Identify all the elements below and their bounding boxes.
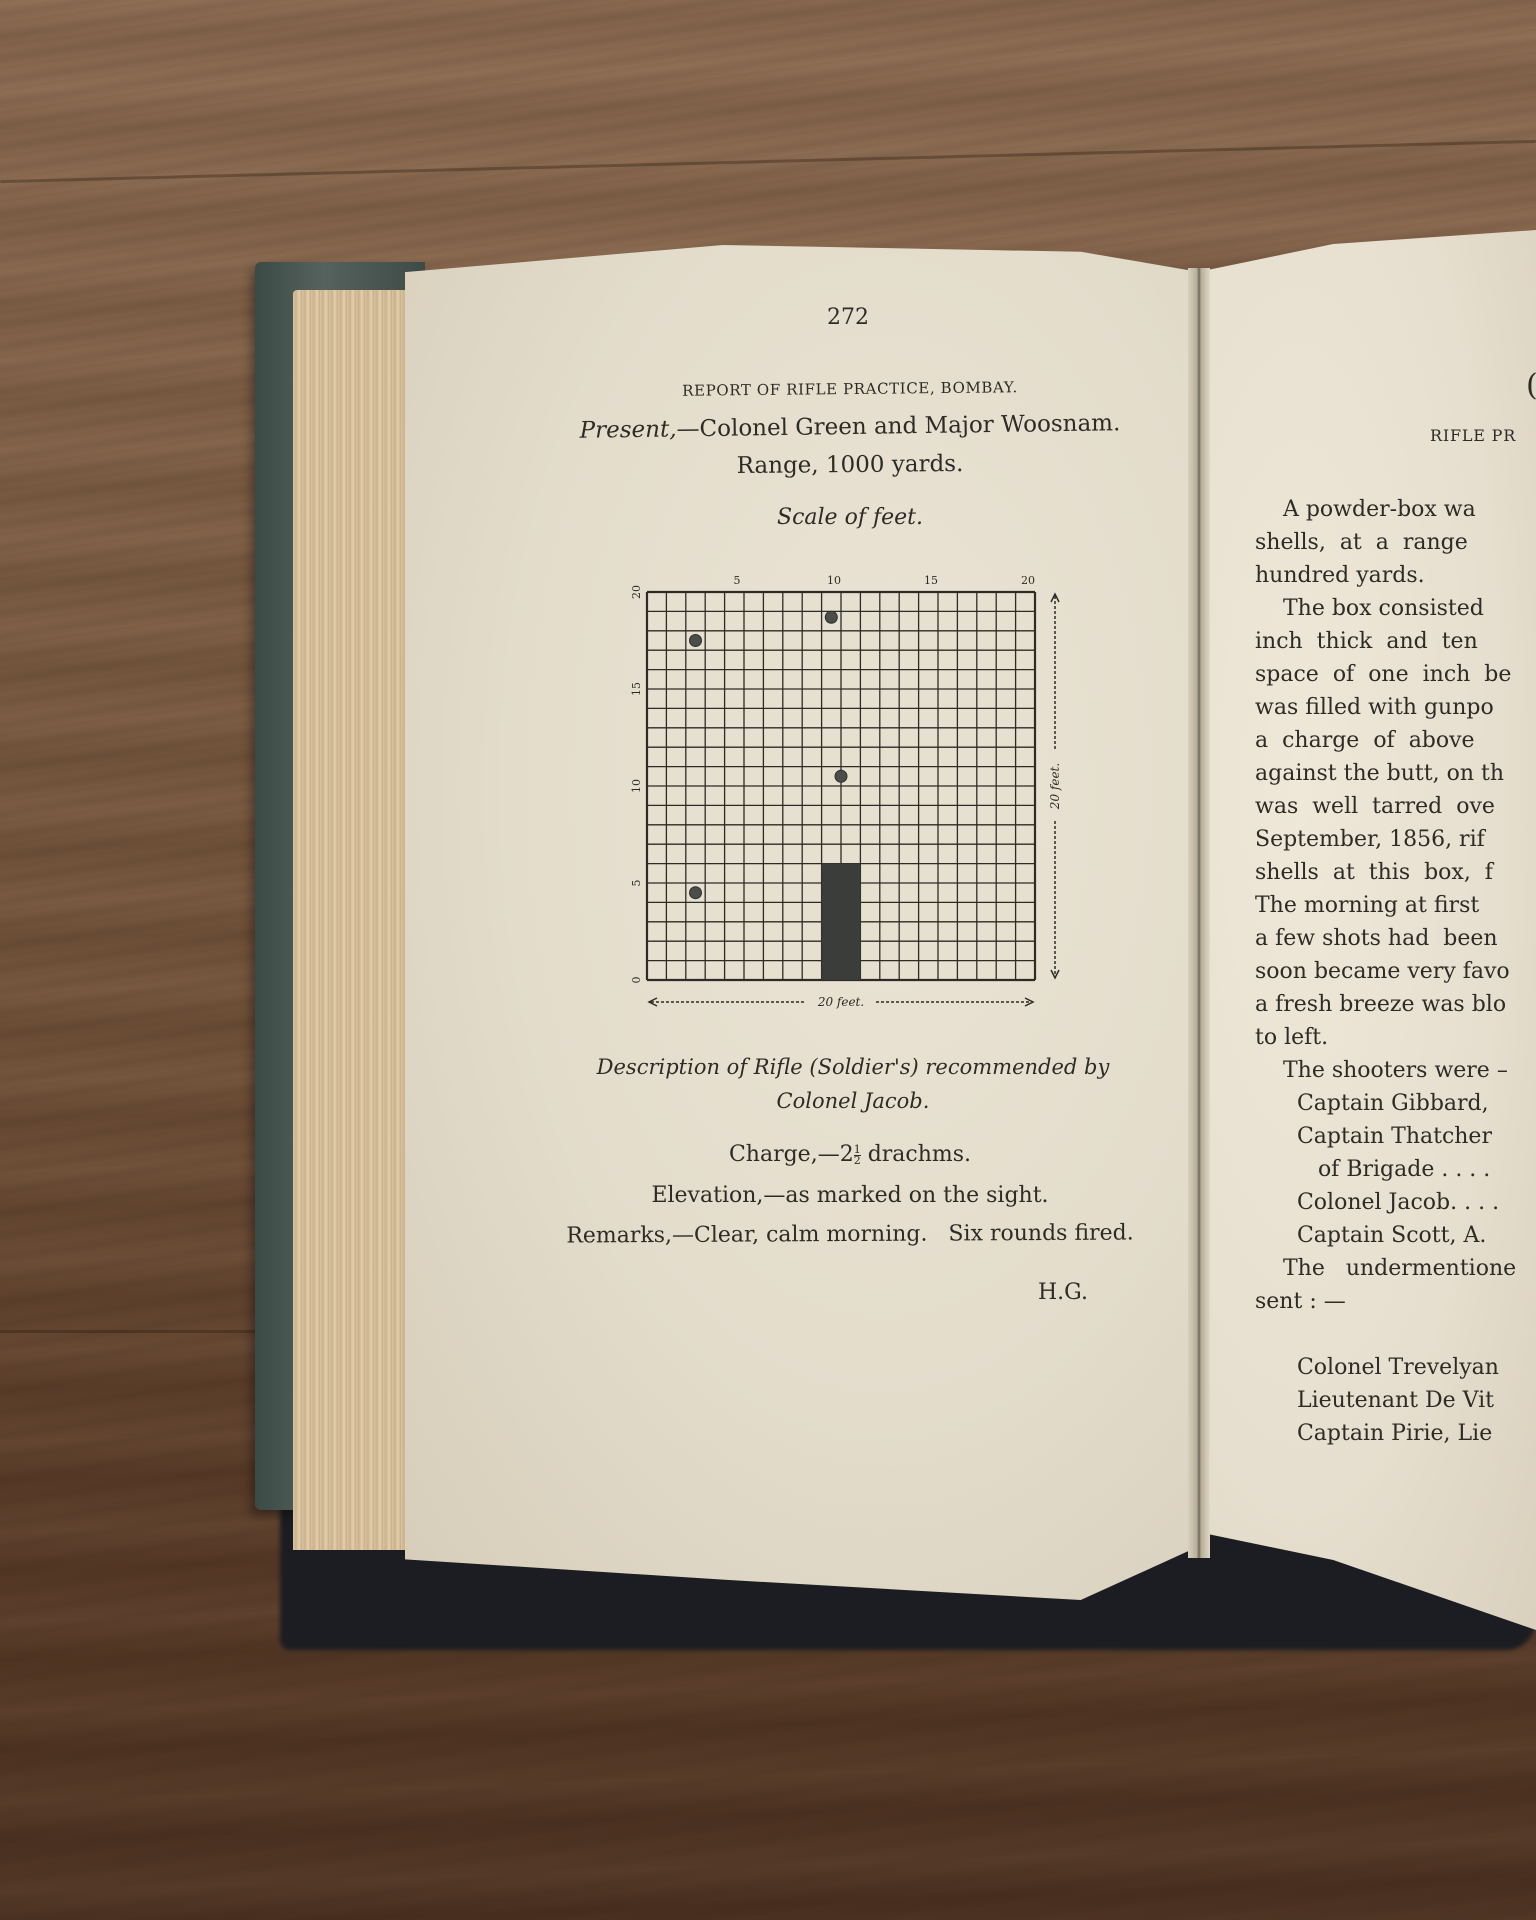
right-page-line: The shooters were – (1255, 1058, 1536, 1091)
right-page-line: Lieutenant De Vit (1255, 1388, 1536, 1421)
scale-caption: Scale of feet. (777, 505, 923, 530)
target-grid: 51015200510152020 feet.20 feet. (630, 560, 1090, 1010)
y-tick-label: 0 (630, 977, 643, 984)
y-tick-label: 20 (630, 585, 643, 599)
range-line: Range, 1000 yards. (737, 451, 964, 479)
right-page-line: September, 1856, rif (1255, 827, 1536, 860)
right-page-mark: ( (1526, 368, 1536, 403)
right-page-line: inch thick and ten (1255, 629, 1536, 662)
description-line-1: Description of Rifle (Soldier's) recomme… (597, 1055, 1110, 1079)
right-page-line: of Brigade . . . . (1255, 1157, 1536, 1190)
x-tick-label: 5 (734, 574, 741, 587)
y-tick-label: 15 (630, 682, 643, 696)
shot-hole (825, 611, 837, 623)
remarks-line: Remarks,—Clear, calm morning. Six rounds… (566, 1221, 1134, 1249)
right-page-line: Captain Thatcher (1255, 1124, 1536, 1157)
y-tick-label: 5 (630, 880, 643, 887)
table-plank-seam (0, 140, 1536, 183)
right-page-line: The morning at first (1255, 893, 1536, 926)
right-page-line: soon became very favo (1255, 959, 1536, 992)
right-page-line: a few shots had been (1255, 926, 1536, 959)
right-page-line: a charge of above (1255, 728, 1536, 761)
right-page-line: Colonel Trevelyan (1255, 1355, 1536, 1388)
remarks-text: Remarks,—Clear, calm morning. Six rounds… (566, 1221, 1134, 1249)
right-page-line: Captain Pirie, Lie (1255, 1421, 1536, 1454)
right-page-line: The box consisted (1255, 596, 1536, 629)
x-axis-label: 20 feet. (817, 995, 864, 1009)
charge-fraction: 12 (854, 1145, 861, 1166)
y-tick-label: 10 (630, 779, 643, 793)
right-page-line: shells at this box, f (1255, 860, 1536, 893)
elevation-line: Elevation,—as marked on the sight. (651, 1183, 1048, 1208)
book-gutter (1188, 268, 1210, 1558)
right-page-line: hundred yards. (1255, 563, 1536, 596)
page-edges (293, 290, 413, 1550)
right-page-body: A powder-box washells, at a rangehundred… (1255, 497, 1536, 1454)
x-tick-label: 20 (1021, 574, 1035, 587)
right-page-line: The undermentione (1255, 1256, 1536, 1289)
right-page-line (1255, 1322, 1536, 1355)
target-diagram: 51015200510152020 feet.20 feet. (630, 560, 1090, 1010)
charge-line: Charge,—212 drachms. (729, 1142, 971, 1167)
right-page-line: to left. (1255, 1025, 1536, 1058)
charge-suffix: drachms. (861, 1142, 971, 1167)
x-tick-label: 15 (924, 574, 938, 587)
shot-hole (690, 887, 702, 899)
right-page-line: A powder-box wa (1255, 497, 1536, 530)
shot-hole (835, 770, 847, 782)
right-page-line: was filled with gunpo (1255, 695, 1536, 728)
right-page-line: sent : — (1255, 1289, 1536, 1322)
signature-initials: H.G. (1038, 1280, 1088, 1305)
powder-box-target (822, 864, 861, 980)
description-line-2: Colonel Jacob. (777, 1089, 930, 1113)
y-axis-label: 20 feet. (1048, 763, 1062, 810)
right-page-line: Captain Gibbard, (1255, 1091, 1536, 1124)
right-page-line: space of one inch be (1255, 662, 1536, 695)
charge-prefix: Charge,—2 (729, 1142, 854, 1167)
page-number: 272 (827, 305, 869, 330)
right-page-line: Captain Scott, A. (1255, 1223, 1536, 1256)
shot-hole (690, 635, 702, 647)
fraction-denominator: 2 (854, 1156, 861, 1166)
x-tick-label: 10 (827, 574, 841, 587)
right-page-line: was well tarred ove (1255, 794, 1536, 827)
present-label: Present, (580, 416, 677, 443)
right-page-line: a fresh breeze was blo (1255, 992, 1536, 1025)
report-title: REPORT OF RIFLE PRACTICE, BOMBAY. (682, 378, 1018, 400)
right-page-line: against the butt, on th (1255, 761, 1536, 794)
right-page-line: Colonel Jacob. . . . (1255, 1190, 1536, 1223)
right-running-head: RIFLE PR (1430, 426, 1516, 445)
right-page-line: shells, at a range (1255, 530, 1536, 563)
